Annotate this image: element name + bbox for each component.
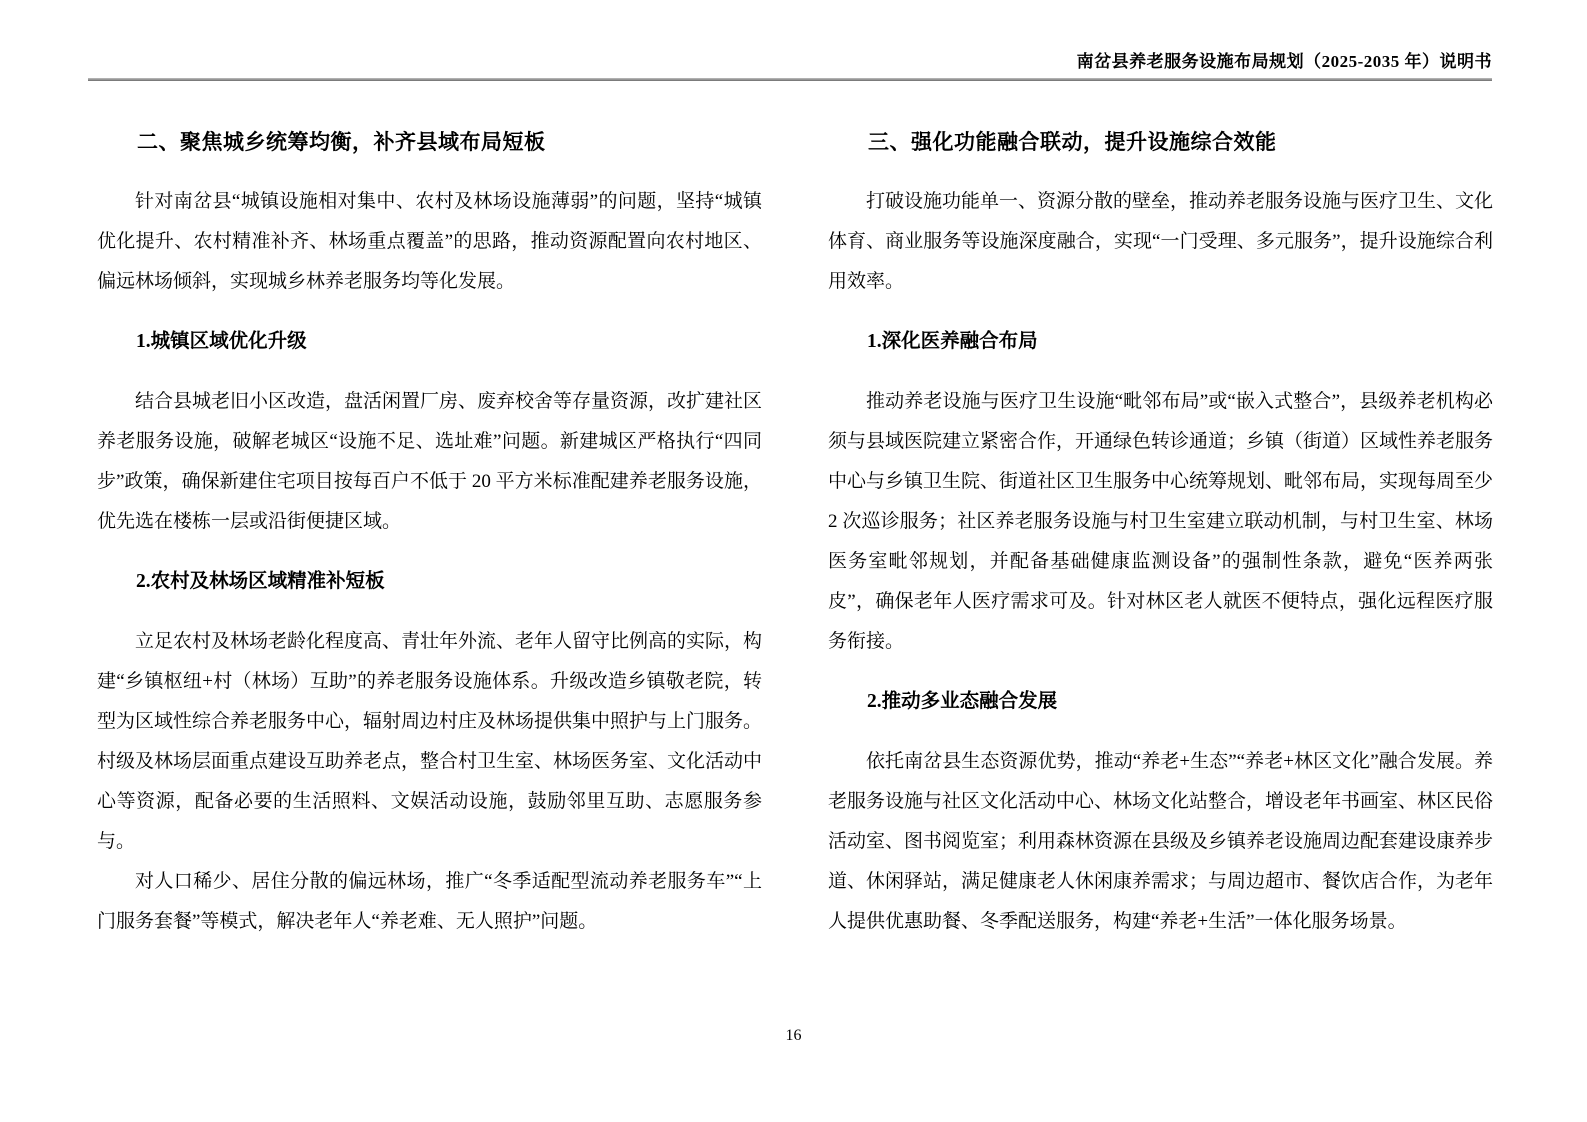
header-rule xyxy=(88,78,1492,81)
section-heading-3: 三、强化功能融合联动，提升设施综合效能 xyxy=(828,122,1493,162)
subsection-heading: 2.农村及林场区域精准补短板 xyxy=(97,562,762,602)
paragraph: 针对南岔县“城镇设施相对集中、农村及林场设施薄弱”的问题，坚持“城镇优化提升、农… xyxy=(97,182,762,302)
content-columns: 二、聚焦城乡统筹均衡，补齐县域布局短板 针对南岔县“城镇设施相对集中、农村及林场… xyxy=(97,122,1493,942)
subsection-heading: 1.城镇区域优化升级 xyxy=(97,322,762,362)
paragraph: 推动养老设施与医疗卫生设施“毗邻布局”或“嵌入式整合”，县级养老机构必须与县域医… xyxy=(828,382,1493,662)
document-page: 南岔县养老服务设施布局规划（2025-2035 年）说明书 二、聚焦城乡统筹均衡… xyxy=(0,0,1587,1122)
subsection-heading: 1.深化医养融合布局 xyxy=(828,322,1493,362)
paragraph: 依托南岔县生态资源优势，推动“养老+生态”“养老+林区文化”融合发展。养老服务设… xyxy=(828,742,1493,942)
paragraph: 对人口稀少、居住分散的偏远林场，推广“冬季适配型流动养老服务车”“上门服务套餐”… xyxy=(97,862,762,942)
left-column: 二、聚焦城乡统筹均衡，补齐县域布局短板 针对南岔县“城镇设施相对集中、农村及林场… xyxy=(97,122,762,942)
paragraph: 立足农村及林场老龄化程度高、青壮年外流、老年人留守比例高的实际，构建“乡镇枢纽+… xyxy=(97,622,762,862)
subsection-heading: 2.推动多业态融合发展 xyxy=(828,682,1493,722)
paragraph: 结合县城老旧小区改造，盘活闲置厂房、废弃校舍等存量资源，改扩建社区养老服务设施，… xyxy=(97,382,762,542)
page-number: 16 xyxy=(0,1024,1587,1048)
section-heading-2: 二、聚焦城乡统筹均衡，补齐县域布局短板 xyxy=(97,122,762,162)
header-title: 南岔县养老服务设施布局规划（2025-2035 年）说明书 xyxy=(88,48,1492,76)
right-column: 三、强化功能融合联动，提升设施综合效能 打破设施功能单一、资源分散的壁垒，推动养… xyxy=(828,122,1493,942)
paragraph: 打破设施功能单一、资源分散的壁垒，推动养老服务设施与医疗卫生、文化体育、商业服务… xyxy=(828,182,1493,302)
